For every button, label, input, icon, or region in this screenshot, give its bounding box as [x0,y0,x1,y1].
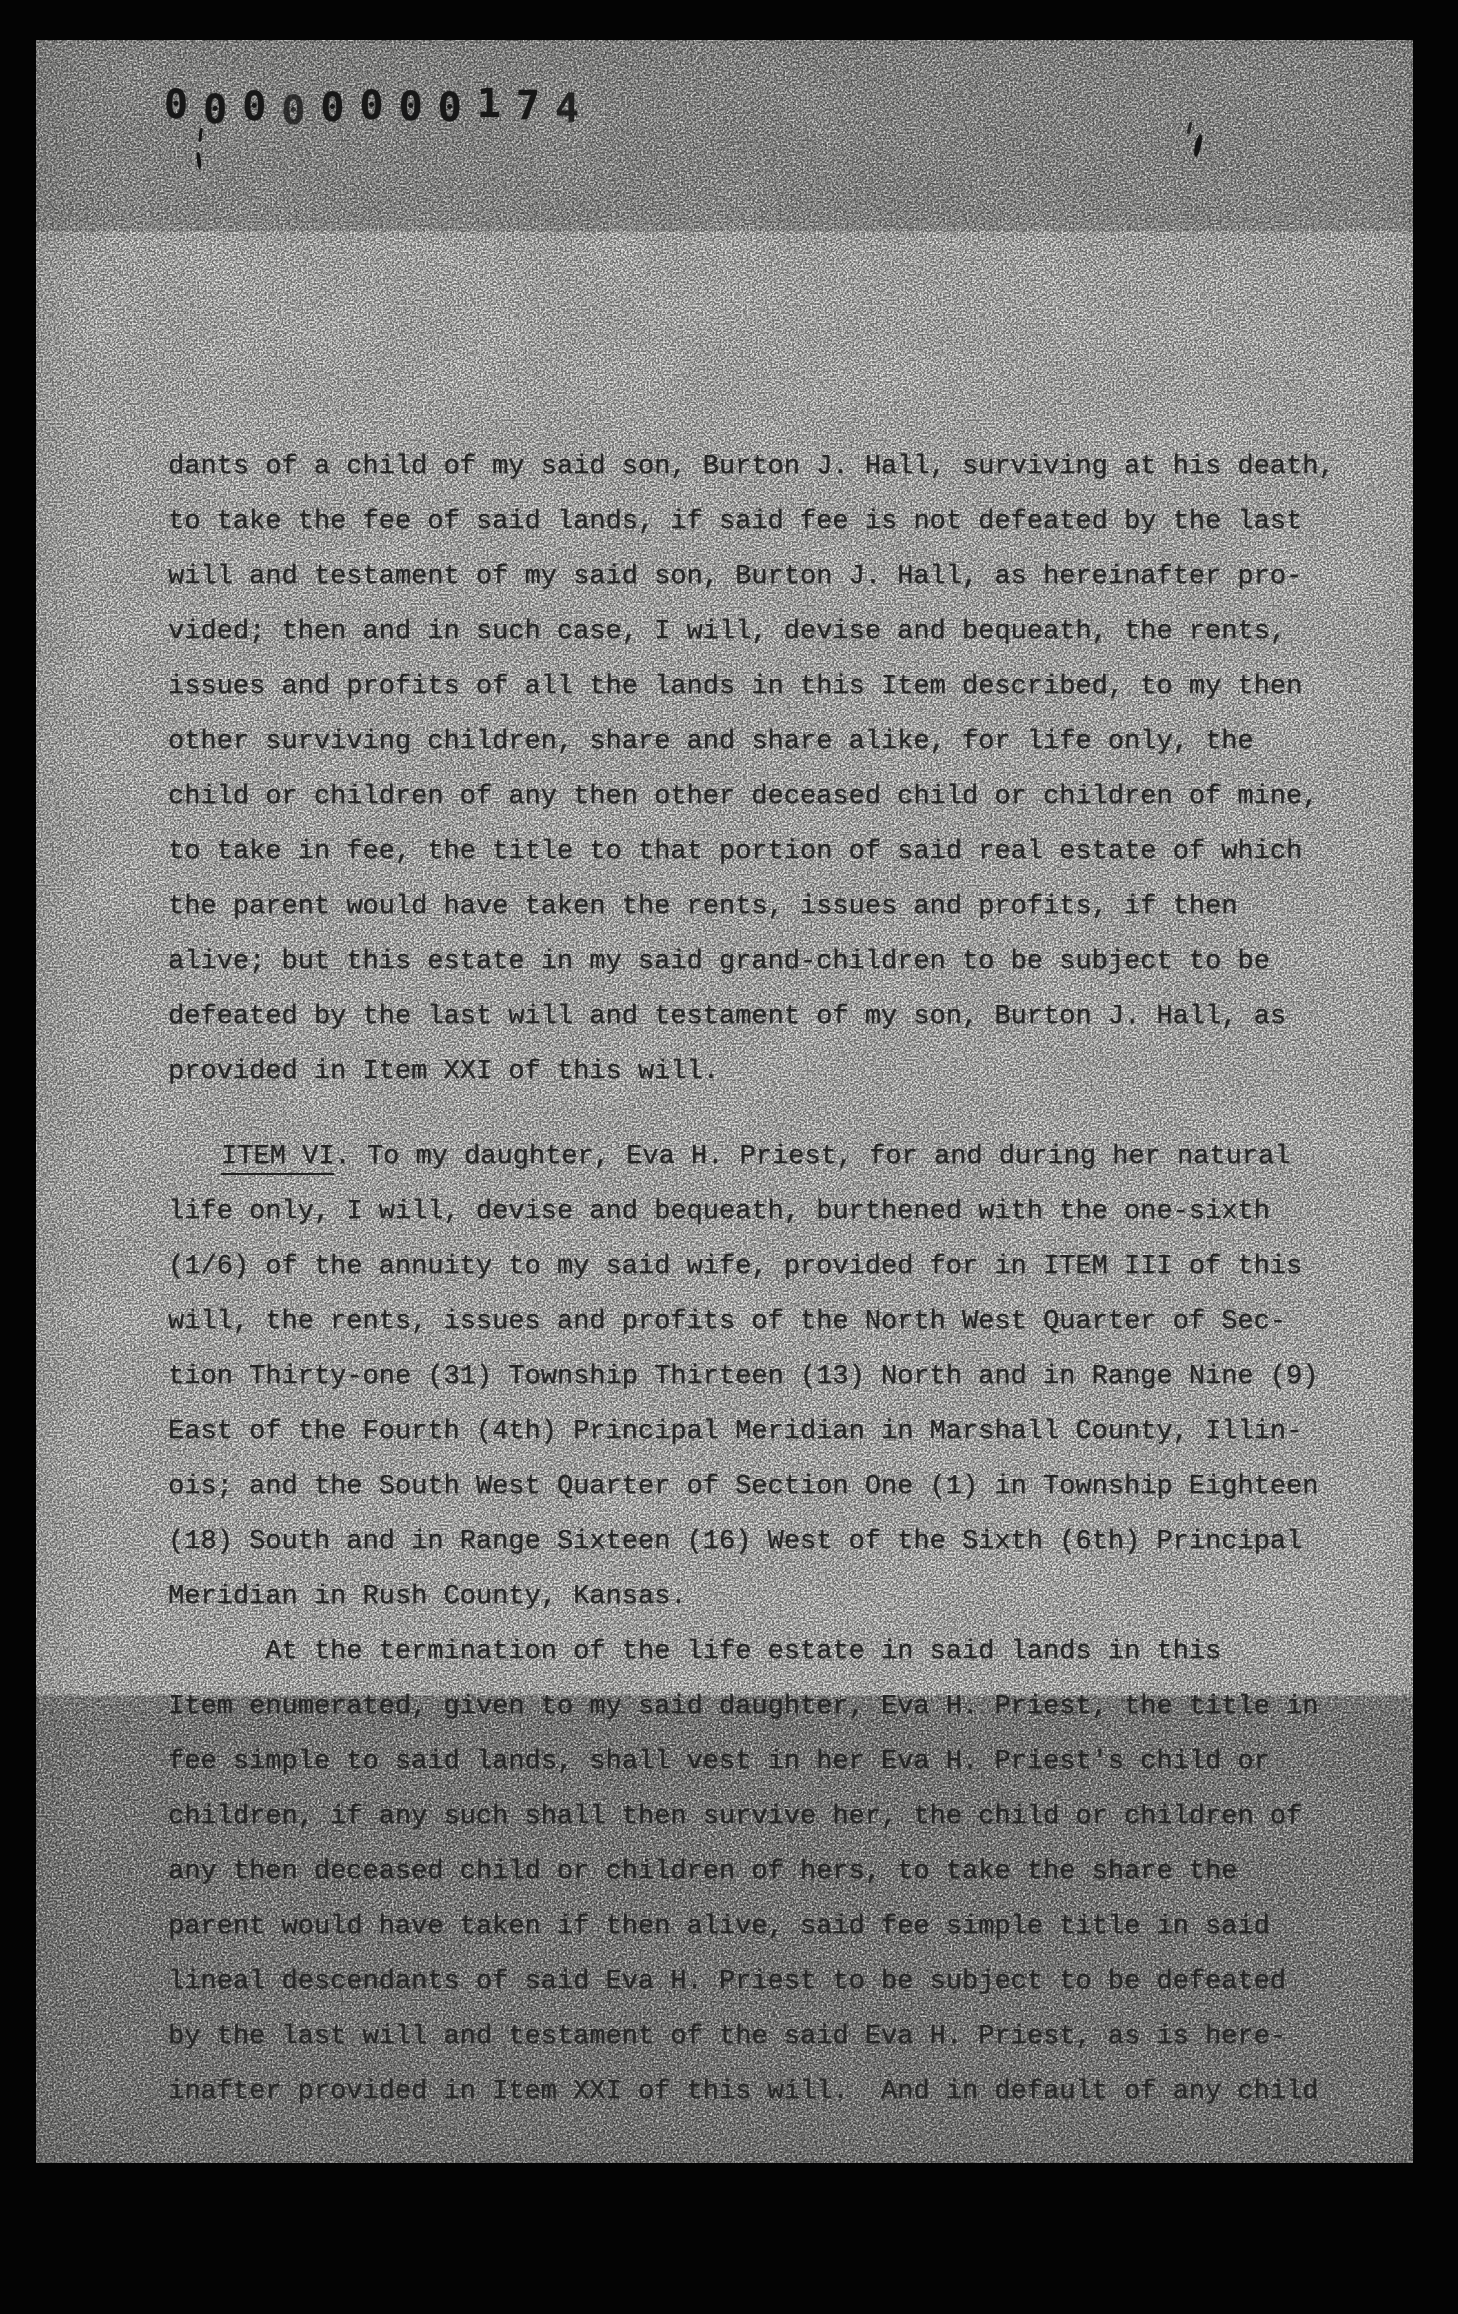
stamp-digit: 0 [359,83,398,129]
text-line: other surviving children, share and shar… [168,715,1398,770]
text-line: inafter provided in Item XXI of this wil… [168,2065,1398,2120]
text-line: (1/6) of the annuity to my said wife, pr… [168,1240,1398,1295]
will-text: dants of a child of my said son, Burton … [168,440,1398,2120]
text-line: any then deceased child or children of h… [168,1845,1398,1900]
text-line: fee simple to said lands, shall vest in … [168,1735,1398,1790]
stamp-digit: 0 [320,85,359,131]
page-number-stamp: 00000000174 [164,82,594,128]
text-line: by the last will and testament of the sa… [168,2010,1398,2065]
text-line: tion Thirty-one (31) Township Thirteen (… [168,1350,1398,1405]
ink-mark [1187,122,1193,134]
text-line: parent would have taken if then alive, s… [168,1900,1398,1955]
paragraph-item-vi: ITEM VI. To my daughter, Eva H. Priest, … [168,1130,1398,1625]
text-line: dants of a child of my said son, Burton … [168,440,1398,495]
text-line: vided; then and in such case, I will, de… [168,605,1398,660]
scanned-will-page: 00000000174 dants of a child of my said … [36,40,1413,2163]
text-line: lineal descendants of said Eva H. Priest… [168,1955,1398,2010]
paragraph-descendants: dants of a child of my said son, Burton … [168,440,1398,1100]
text-line: to take in fee, the title to that portio… [168,825,1398,880]
text-line: (18) South and in Range Sixteen (16) Wes… [168,1515,1398,1570]
text-line: ois; and the South West Quarter of Secti… [168,1460,1398,1515]
text-line: issues and profits of all the lands in t… [168,660,1398,715]
ink-mark [198,128,203,142]
stamp-digit: 0 [438,85,477,131]
text-line: children, if any such shall then survive… [168,1790,1398,1845]
text-line: provided in Item XXI of this will. [168,1045,1398,1100]
text-line: to take the fee of said lands, if said f… [168,495,1398,550]
text-line: will, the rents, issues and profits of t… [168,1295,1398,1350]
text-line: ITEM VI. To my daughter, Eva H. Priest, … [168,1130,1398,1185]
stamp-digit: 4 [555,86,594,132]
text-line: Meridian in Rush County, Kansas. [168,1570,1398,1625]
ink-mark [196,152,201,169]
stamp-digit: 0 [242,84,281,130]
text-line: defeated by the last will and testament … [168,990,1398,1045]
text-line: East of the Fourth (4th) Principal Merid… [168,1405,1398,1460]
item-vi-heading: ITEM VI [221,1142,334,1175]
stamp-digit: 0 [203,87,242,133]
text-line: will and testament of my said son, Burto… [168,550,1398,605]
text-line: life only, I will, devise and bequeath, … [168,1185,1398,1240]
stamp-digit: 0 [164,82,203,128]
stamp-digit: 0 [281,88,320,134]
text-line: the parent would have taken the rents, i… [168,880,1398,935]
text-line: alive; but this estate in my said grand-… [168,935,1398,990]
stamp-digit: 1 [477,81,516,127]
text-run: . To my daughter, Eva H. Priest, for and… [334,1142,1290,1172]
text-line: Item enumerated, given to my said daught… [168,1680,1398,1735]
ink-mark [1193,134,1203,158]
text-line: child or children of any then other dece… [168,770,1398,825]
paragraph-termination: At the termination of the life estate in… [168,1625,1398,2120]
stamp-digit: 7 [516,83,555,129]
text-line: At the termination of the life estate in… [168,1625,1398,1680]
stamp-digit: 0 [399,84,438,130]
